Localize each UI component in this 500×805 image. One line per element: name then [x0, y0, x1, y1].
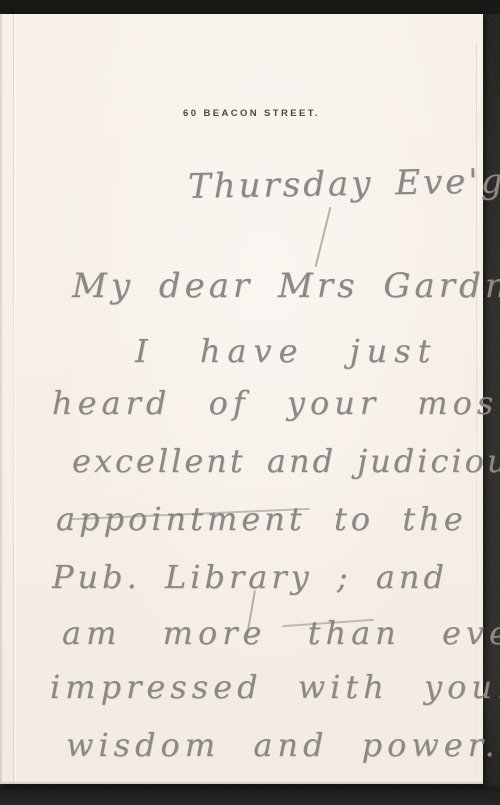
pen-stroke — [315, 207, 332, 268]
letter-body-line: Pub. Library ; and — [52, 558, 448, 596]
letter-body-line: heard of your most — [52, 384, 500, 422]
paper-bottom-edge — [0, 782, 483, 784]
scan-top-edge — [0, 0, 500, 14]
letter-body-line: impressed with your — [50, 668, 500, 706]
letter-body-line: wisdom and power. — [66, 726, 500, 764]
letter-body-line: appointment to the — [56, 500, 467, 538]
letter-body-line: am more than ever — [62, 614, 500, 652]
scan-bottom-edge — [0, 786, 500, 805]
letter-body-line: excellent and judicious — [72, 442, 500, 480]
letter-paper: 60 BEACON STREET. Thursday Eve'g. My dea… — [0, 14, 483, 784]
letter-body-line: I have just — [135, 332, 438, 370]
date-line: Thursday Eve'g. — [188, 161, 500, 207]
letterhead-text: 60 BEACON STREET. — [10, 108, 493, 119]
paper-left-edge — [0, 14, 3, 784]
salutation-line: My dear Mrs Gardner — [72, 266, 500, 306]
paper-fold-highlight — [14, 14, 16, 784]
